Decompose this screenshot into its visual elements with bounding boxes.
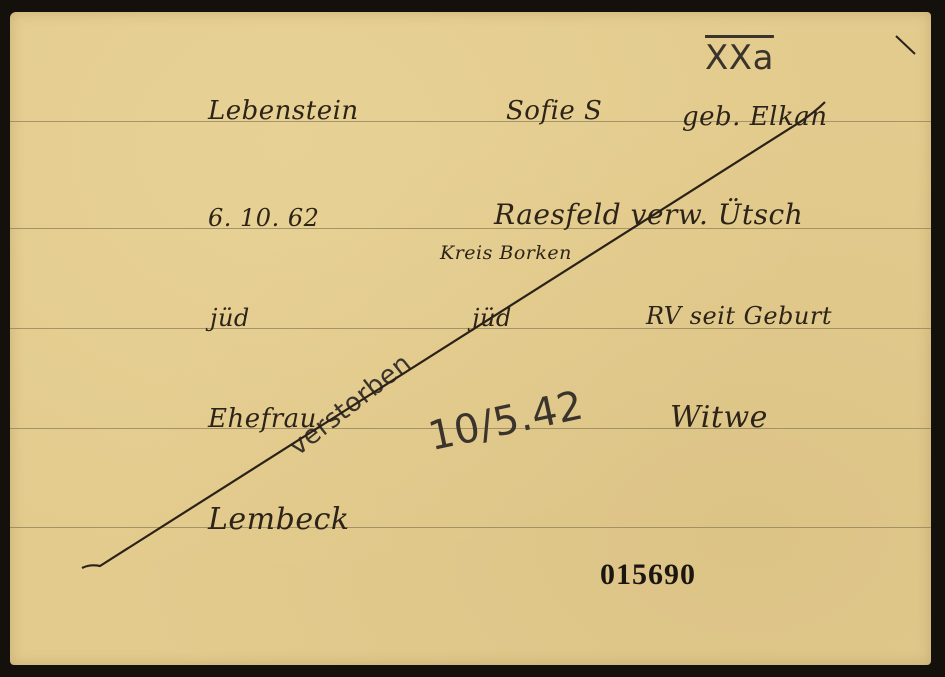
record-card: XXa Lebenstein Sofie S geb. Elkan 6. 10.… [10,12,931,665]
strike-through-line [10,12,931,665]
